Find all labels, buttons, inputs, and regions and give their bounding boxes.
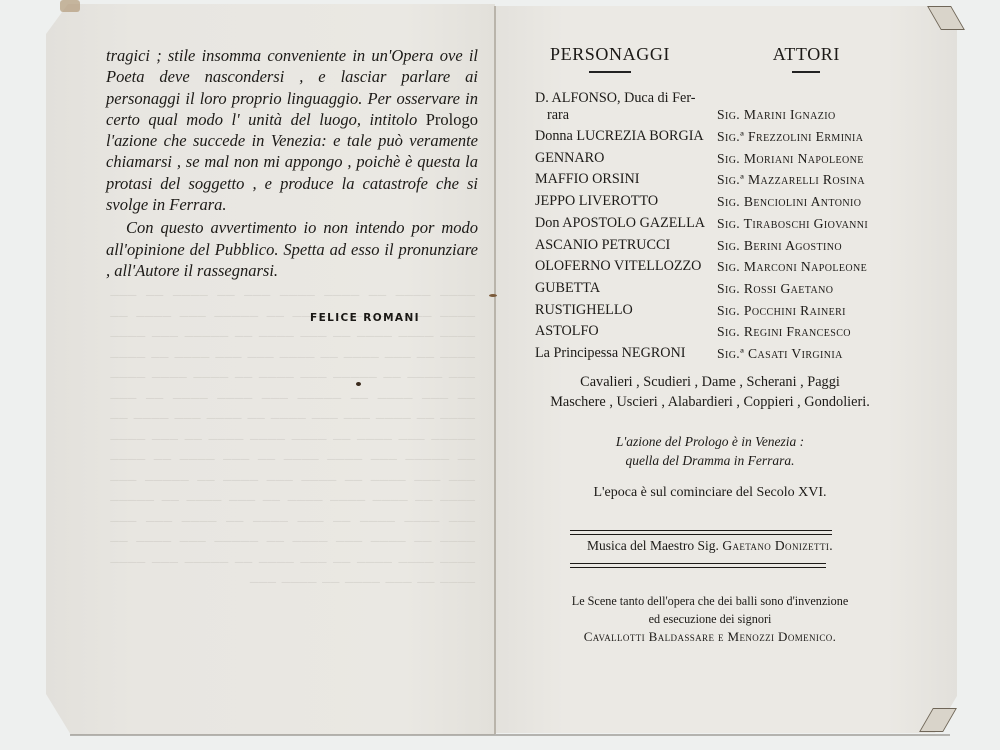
composer-name: Gaetano Donizetti. — [722, 538, 833, 553]
actor-name: Sig. Pocchini Raineri — [717, 300, 846, 322]
cast-row: Don APOSTOLO GAZELLASig. Tiraboschi Giov… — [535, 213, 885, 235]
actor-name: Sig. Marconi Napoleone — [717, 256, 867, 278]
chorus-line: Maschere , Uscieri , Alabardieri , Coppi… — [520, 392, 900, 412]
characters-column-header: PERSONAGGI — [550, 44, 670, 73]
role-name: ASTOLFO — [535, 321, 717, 343]
cast-row: ASCANIO PETRUCCISig. Berini Agostino — [535, 235, 885, 257]
cast-row: RUSTIGHELLOSig. Pocchini Raineri — [535, 300, 885, 322]
actor-name: Sig. Marini Ignazio — [717, 104, 836, 126]
prologo-word: Prologo — [426, 110, 478, 129]
author-signature: FELICE ROMANI — [310, 312, 420, 324]
cast-row: GUBETTASig. Rossi Gaetano — [535, 278, 885, 300]
double-rule-bottom — [570, 563, 826, 568]
heading-rule — [792, 71, 820, 73]
scenery-designers: Cavallotti Baldassare e Menozzi Domenico… — [520, 628, 900, 646]
characters-heading: PERSONAGGI — [550, 44, 670, 64]
role-name: MAFFIO ORSINI — [535, 169, 717, 191]
role-name: JEPPO LIVEROTTO — [535, 191, 717, 213]
chorus-list: Cavalieri , Scudieri , Dame , Scherani ,… — [520, 372, 900, 412]
epoch-note: L'epoca è sul cominciare del Secolo XVI. — [520, 485, 900, 501]
actor-name: Sig. Regini Francesco — [717, 321, 851, 343]
cast-row: D. ALFONSO, Duca di Fer- rara Sig. Marin… — [535, 90, 885, 126]
setting-note: L'azione del Prologo è in Venezia : quel… — [520, 433, 900, 470]
preface-text: tragici ; stile insomma conveniente in u… — [106, 45, 478, 281]
ink-speck — [356, 382, 361, 386]
role-name: GUBETTA — [535, 278, 717, 300]
heading-rule — [589, 71, 631, 73]
role-name: RUSTIGHELLO — [535, 300, 717, 322]
cast-row: GENNAROSig. Moriani Napoleone — [535, 148, 885, 170]
book-spine — [494, 6, 496, 734]
role-name: La Principessa NEGRONI — [535, 343, 717, 365]
spine-stitch — [489, 294, 497, 297]
role-name: OLOFERNO VITELLOZZO — [535, 256, 717, 278]
scenery-line: ed esecuzione dei signori — [520, 611, 900, 629]
actor-name: Sig.ª Mazzarelli Rosina — [717, 169, 865, 191]
music-credit-prefix: Musica del Maestro Sig. — [587, 538, 722, 553]
cast-row: Donna LUCREZIA BORGIASig.ª Frezzolini Er… — [535, 126, 885, 148]
preface-text-part: tragici ; stile insomma conveniente in u… — [106, 46, 478, 129]
scenery-line: Le Scene tanto dell'opera che dei balli … — [520, 593, 900, 611]
role-name: D. ALFONSO, Duca di Fer- rara — [535, 90, 717, 126]
role-name: GENNARO — [535, 148, 717, 170]
cast-row: MAFFIO ORSINISig.ª Mazzarelli Rosina — [535, 169, 885, 191]
double-rule-top — [570, 530, 832, 535]
scenery-credit: Le Scene tanto dell'opera che dei balli … — [520, 593, 900, 646]
role-line: D. ALFONSO, Duca di Fer- — [535, 90, 717, 107]
preface-paragraph-2: Con questo avvertimento io non intendo p… — [106, 217, 478, 281]
actor-name: Sig. Rossi Gaetano — [717, 278, 833, 300]
role-name: ASCANIO PETRUCCI — [535, 235, 717, 257]
preface-paragraph-1: tragici ; stile insomma conveniente in u… — [106, 45, 478, 215]
actor-name: Sig. Benciolini Antonio — [717, 191, 861, 213]
role-name: Don APOSTOLO GAZELLA — [535, 213, 717, 235]
actors-column-header: ATTORI — [773, 44, 840, 73]
role-name: Donna LUCREZIA BORGIA — [535, 126, 717, 148]
actor-name: Sig.ª Frezzolini Erminia — [717, 126, 863, 148]
actors-heading: ATTORI — [773, 44, 840, 64]
cast-row: JEPPO LIVEROTTOSig. Benciolini Antonio — [535, 191, 885, 213]
music-credit: Musica del Maestro Sig. Gaetano Donizett… — [520, 538, 900, 554]
role-line: rara — [535, 107, 717, 124]
cast-row: ASTOLFOSig. Regini Francesco — [535, 321, 885, 343]
cast-row: La Principessa NEGRONISig.ª Casati Virgi… — [535, 343, 885, 365]
stain-top-left — [60, 0, 80, 12]
preface-text-part: l'azione che succede in Venezia: e tale … — [106, 131, 478, 214]
actor-name: Sig.ª Casati Virginia — [717, 343, 843, 365]
cast-header: PERSONAGGI ATTORI — [550, 44, 840, 73]
cast-row: OLOFERNO VITELLOZZOSig. Marconi Napoleon… — [535, 256, 885, 278]
page-bottom-edge — [70, 734, 950, 736]
cast-list: D. ALFONSO, Duca di Fer- rara Sig. Marin… — [535, 90, 885, 365]
actor-name: Sig. Moriani Napoleone — [717, 148, 864, 170]
show-through-text: ──── ──── ── ──── ──── ─── ── ──── ── ──… — [110, 285, 475, 593]
setting-line: quella del Dramma in Ferrara. — [520, 452, 900, 471]
setting-line: L'azione del Prologo è in Venezia : — [520, 433, 900, 452]
actor-name: Sig. Berini Agostino — [717, 235, 842, 257]
actor-name: Sig. Tiraboschi Giovanni — [717, 213, 868, 235]
chorus-line: Cavalieri , Scudieri , Dame , Scherani ,… — [520, 372, 900, 392]
